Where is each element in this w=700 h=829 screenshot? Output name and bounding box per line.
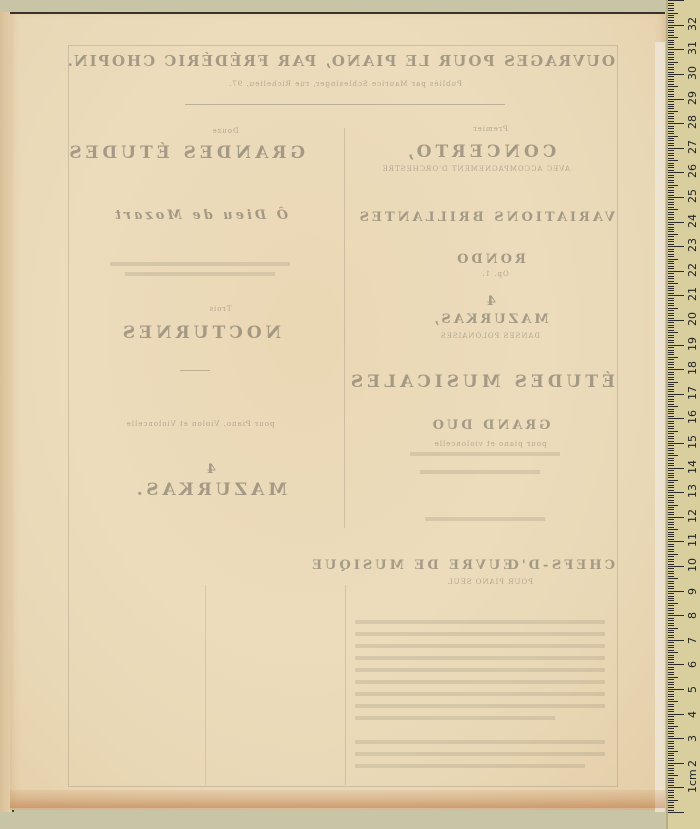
- ruler-tick: [668, 453, 674, 454]
- ruler-tick: [668, 212, 674, 213]
- ruler-tick: [668, 487, 674, 488]
- ruler-tick: [668, 475, 674, 476]
- ruler-tick: [668, 202, 674, 203]
- ruler-tick: [668, 17, 674, 18]
- ruler-tick: [668, 559, 674, 560]
- ruler-tick: [668, 207, 674, 208]
- ruler-tick: [668, 91, 674, 92]
- ruler-label: 13: [686, 484, 699, 498]
- ruler-tick: [668, 332, 678, 333]
- bottom-stain: [10, 790, 665, 808]
- ruler-tick: [668, 391, 674, 392]
- ruler-tick: [668, 0, 684, 1]
- ruler-tick: [668, 234, 678, 235]
- ruler-tick: [668, 290, 674, 291]
- ruler-tick: [668, 509, 674, 510]
- ruler-tick: [668, 413, 674, 414]
- ruler-tick: [668, 15, 674, 16]
- ruler-tick: [668, 293, 674, 294]
- ruler-tick: [668, 49, 684, 50]
- ruler-tick: [668, 52, 674, 53]
- ruler-tick: [668, 527, 674, 528]
- ruler-tick: [668, 736, 674, 737]
- ruler-tick: [668, 347, 674, 348]
- ruler-tick: [668, 118, 674, 119]
- ruler-tick: [668, 758, 674, 759]
- ruler-tick: [668, 396, 674, 397]
- ruler-tick: [668, 330, 674, 331]
- ruler-tick: [668, 298, 674, 299]
- ruler-tick: [668, 810, 674, 811]
- ruler-tick: [668, 694, 674, 695]
- ruler-label: 21: [686, 287, 699, 301]
- ruler-tick: [668, 327, 674, 328]
- ruler-tick: [668, 345, 684, 346]
- ruler-tick: [668, 175, 674, 176]
- ruler-tick: [668, 131, 674, 132]
- ruler-tick: [668, 576, 674, 577]
- ruler-tick: [668, 318, 674, 319]
- ruler-tick: [668, 460, 674, 461]
- ruler-tick: [668, 657, 674, 658]
- ruler-tick: [668, 177, 674, 178]
- ruler-tick: [668, 104, 674, 105]
- ruler-tick: [668, 374, 674, 375]
- ruler-tick: [668, 22, 674, 23]
- ruler-tick: [668, 755, 674, 756]
- ruler-tick: [668, 669, 674, 670]
- ruler-tick: [668, 556, 674, 557]
- ruler-tick: [668, 251, 674, 252]
- ruler-tick: [668, 5, 674, 6]
- ruler-tick: [668, 108, 674, 109]
- ruler-tick: [668, 805, 674, 806]
- ruler-tick: [668, 89, 674, 90]
- right-mazurkas-sub: DANSES POLONAISES: [420, 332, 560, 340]
- ruler-tick: [668, 586, 674, 587]
- ruler-tick: [668, 170, 674, 171]
- ruler-tick: [668, 716, 674, 717]
- ruler-tick: [668, 411, 674, 412]
- ruler-tick: [668, 790, 674, 791]
- ruler-tick: [668, 123, 684, 124]
- ruler-tick: [668, 76, 674, 77]
- ruler-tick: [668, 143, 674, 144]
- ruler-tick: [668, 254, 674, 255]
- text-line: [355, 716, 555, 720]
- ruler-tick: [668, 389, 674, 390]
- ruler-tick: [668, 278, 674, 279]
- ruler-tick: [668, 121, 674, 122]
- ruler-tick: [668, 490, 674, 491]
- ruler-tick: [668, 357, 678, 358]
- ruler-tick: [668, 455, 678, 456]
- text-line: [355, 752, 605, 756]
- text-line: [355, 632, 605, 636]
- ruler-tick: [668, 554, 678, 555]
- ruler-tick: [668, 571, 674, 572]
- ruler-label: 12: [686, 509, 699, 523]
- ruler-tick: [668, 116, 674, 117]
- ruler-tick: [668, 628, 678, 629]
- ruler-label: 20: [686, 312, 699, 326]
- ruler-tick: [668, 372, 674, 373]
- text-line: [355, 692, 605, 696]
- ruler-tick: [668, 185, 678, 186]
- ruler-tick: [668, 322, 674, 323]
- text-line: [125, 272, 275, 276]
- ruler-tick: [668, 529, 678, 530]
- ruler-tick: [668, 106, 674, 107]
- ruler-tick: [668, 441, 674, 442]
- ruler-tick: [668, 741, 674, 742]
- ruler-tick: [668, 352, 674, 353]
- ruler-tick: [668, 684, 674, 685]
- ruler-label: 28: [686, 115, 699, 129]
- ruler-tick: [668, 485, 674, 486]
- ruler-tick: [668, 655, 674, 656]
- ruler-tick: [668, 751, 678, 752]
- ruler-tick: [668, 47, 674, 48]
- ruler-tick: [668, 273, 674, 274]
- ruler-tick: [668, 217, 674, 218]
- ruler-tick: [668, 340, 674, 341]
- right-rondo: RONDO: [450, 252, 530, 267]
- ruler-tick: [668, 182, 674, 183]
- ruler-tick: [668, 524, 674, 525]
- ruler-label: 14: [686, 460, 699, 474]
- ruler-tick: [668, 96, 674, 97]
- ruler-tick: [668, 544, 674, 545]
- ruler-tick: [668, 573, 674, 574]
- ruler-tick: [668, 797, 674, 798]
- ruler-tick: [668, 54, 674, 55]
- right-concerto: CONCERTO,: [380, 142, 580, 162]
- ruler-tick: [668, 812, 684, 813]
- ruler-tick: [668, 288, 674, 289]
- ruler-tick: [668, 153, 674, 154]
- ruler-tick: [668, 468, 684, 469]
- ruler-tick: [668, 187, 674, 188]
- left-nocturnes: NOCTURNES: [100, 323, 300, 343]
- ruler-tick: [668, 219, 674, 220]
- ruler-tick: [668, 44, 674, 45]
- ruler-tick: [668, 731, 674, 732]
- ruler-tick: [668, 244, 674, 245]
- text-line: [355, 644, 605, 648]
- ruler-label: 8: [686, 612, 699, 619]
- header-rule: [185, 104, 505, 105]
- ruler-tick: [668, 780, 674, 781]
- ruler-tick: [668, 546, 674, 547]
- right-rondo-op: Op. 1.: [420, 270, 570, 278]
- text-line: [355, 704, 605, 708]
- ruler-tick: [668, 768, 674, 769]
- ruler-tick: [668, 534, 674, 535]
- left-line: pour Piano, Violon et Violoncelle: [120, 420, 280, 428]
- ruler-tick: [668, 709, 674, 710]
- ruler-tick: [668, 438, 674, 439]
- ruler-tick: [668, 310, 674, 311]
- ruler-tick: [668, 443, 684, 444]
- ruler-label: 25: [686, 189, 699, 203]
- ruler-tick: [668, 35, 674, 36]
- ruler-tick: [668, 72, 674, 73]
- ruler-tick: [668, 266, 674, 267]
- ruler-tick: [668, 190, 674, 191]
- ruler-label: 7: [686, 637, 699, 644]
- ruler-tick: [668, 281, 674, 282]
- ruler-tick: [668, 192, 674, 193]
- ruler-tick: [668, 300, 674, 301]
- right-number: 4: [470, 294, 510, 309]
- ruler-tick: [668, 431, 678, 432]
- ruler-tick: [668, 163, 674, 164]
- ruler-tick: [668, 37, 678, 38]
- ruler-tick: [668, 551, 674, 552]
- ruler-tick: [668, 593, 674, 594]
- ruler-label: 17: [686, 386, 699, 400]
- ruler-tick: [668, 620, 674, 621]
- ruler-tick: [668, 696, 674, 697]
- ruler-tick: [668, 227, 674, 228]
- ruler-tick: [668, 99, 684, 100]
- ruler-tick: [668, 421, 674, 422]
- ruler-label: 4: [686, 711, 699, 718]
- ruler-tick: [668, 450, 674, 451]
- ruler-tick: [668, 448, 674, 449]
- ruler-tick: [668, 305, 674, 306]
- right-bottom-sub: POUR PIANO SEUL: [420, 578, 560, 586]
- ruler-tick: [668, 652, 678, 653]
- ruler-tick: [668, 608, 674, 609]
- ruler-tick: [668, 148, 684, 149]
- left-italic-title: Ô Dieu de Mozart: [105, 208, 295, 223]
- ruler-tick: [668, 320, 684, 321]
- ruler-tick: [668, 180, 674, 181]
- ruler-label: 31: [686, 41, 699, 55]
- ruler-tick: [668, 645, 674, 646]
- ruler-tick: [668, 74, 684, 75]
- ruler-tick: [668, 532, 674, 533]
- ruler-tick: [668, 588, 674, 589]
- ruler-tick: [668, 57, 674, 58]
- text-line: [355, 764, 585, 768]
- ruler-tick: [668, 382, 678, 383]
- ruler-tick: [668, 778, 674, 779]
- ruler-tick: [668, 800, 678, 801]
- ruler-tick: [668, 231, 674, 232]
- ruler-tick: [668, 492, 684, 493]
- ruler-tick: [668, 667, 674, 668]
- ruler-tick: [668, 775, 678, 776]
- text-line: [110, 262, 290, 266]
- ruler-tick: [668, 59, 674, 60]
- right-concerto-sub: AVEC ACCOMPAGNEMENT D'ORCHESTRE: [400, 165, 570, 173]
- ruler-tick: [668, 418, 684, 419]
- ruler-tick: [668, 470, 674, 471]
- ruler-tick: [668, 539, 674, 540]
- column-divider-lower: [345, 585, 346, 785]
- ruler-tick: [668, 625, 674, 626]
- ruler-tick: [668, 86, 678, 87]
- left-mazurkas: MAZURKAS.: [120, 480, 300, 500]
- ruler-tick: [668, 630, 674, 631]
- ruler-label: 19: [686, 337, 699, 351]
- text-line: [355, 680, 605, 684]
- ruler-tick: [668, 802, 674, 803]
- ruler-tick: [668, 145, 674, 146]
- ruler-label: 15: [686, 435, 699, 449]
- ruler-tick: [668, 241, 674, 242]
- ruler-label: 22: [686, 263, 699, 277]
- ruler-tick: [668, 691, 674, 692]
- right-variations: VARIATIONS BRILLANTES: [365, 210, 615, 225]
- ruler-tick: [668, 701, 678, 702]
- ruler-tick: [668, 67, 674, 68]
- ruler-tick: [668, 445, 674, 446]
- ruler-tick: [668, 480, 678, 481]
- ruler-tick: [668, 719, 674, 720]
- ruler-tick: [668, 295, 684, 296]
- ruler-tick: [668, 436, 674, 437]
- ruler-tick: [668, 433, 674, 434]
- ruler-tick: [668, 263, 674, 264]
- text-line: [355, 740, 605, 744]
- ruler-tick: [668, 605, 674, 606]
- ruler-tick: [668, 404, 674, 405]
- ruler-tick: [668, 463, 674, 464]
- ruler-tick: [668, 664, 684, 665]
- ruler-tick: [668, 224, 674, 225]
- ruler-tick: [668, 354, 674, 355]
- ruler-tick: [668, 409, 674, 410]
- ruler-label: 10: [686, 558, 699, 572]
- text-line: [355, 620, 605, 624]
- ruler-tick: [668, 350, 674, 351]
- ruler-label: 32: [686, 17, 699, 31]
- ruler-tick: [668, 204, 674, 205]
- ruler-tick: [668, 477, 674, 478]
- ruler-tick: [668, 342, 674, 343]
- ruler-tick: [668, 704, 674, 705]
- ruler-tick: [668, 27, 674, 28]
- ruler-tick: [668, 268, 674, 269]
- ruler-tick: [668, 770, 674, 771]
- ruler-tick: [668, 10, 674, 11]
- ruler-tick: [668, 763, 684, 764]
- ruler-tick: [668, 315, 674, 316]
- ruler-label: 3: [686, 735, 699, 742]
- ruler-tick: [668, 505, 678, 506]
- ruler-tick: [668, 782, 674, 783]
- ruler-tick: [668, 677, 678, 678]
- ruler-label: 2: [686, 760, 699, 767]
- ruler-tick: [668, 519, 674, 520]
- ruler-tick: [668, 640, 684, 641]
- ruler-tick: [668, 699, 674, 700]
- ruler-tick: [668, 517, 684, 518]
- ruler-tick: [668, 598, 674, 599]
- ruler-tick: [668, 401, 674, 402]
- right-grand-duo: GRAND DUO: [420, 418, 560, 433]
- ruler-tick: [668, 167, 674, 168]
- ruler-tick: [668, 195, 674, 196]
- ruler-tick: [668, 111, 678, 112]
- ruler-tick: [668, 209, 678, 210]
- ruler-label: 9: [686, 588, 699, 595]
- right-bottom-title: CHEFS-D'ŒUVRE DE MUSIQUE: [365, 558, 615, 573]
- ruler-tick: [668, 807, 674, 808]
- ruler-tick: [668, 386, 674, 387]
- left-nocturnes-intro: Trois: [190, 305, 250, 313]
- ruler-tick: [668, 303, 674, 304]
- ruler-tick: [668, 615, 684, 616]
- ruler-tick: [668, 600, 674, 601]
- ruler-tick: [668, 635, 674, 636]
- column-divider-lower-left: [205, 585, 206, 785]
- ruler-tick: [668, 64, 674, 65]
- ruler-tick: [668, 128, 674, 129]
- left-number: 4: [190, 462, 230, 477]
- ruler-tick: [668, 236, 674, 237]
- measuring-ruler: 1cm2345678910111213141516171819202122232…: [666, 0, 700, 829]
- ruler-tick: [668, 674, 674, 675]
- ruler-tick: [668, 473, 674, 474]
- ruler-tick: [668, 721, 674, 722]
- ruler-tick: [668, 765, 674, 766]
- ruler-tick: [668, 416, 674, 417]
- ruler-tick: [668, 136, 678, 137]
- left-grandes-etudes: GRANDES ÉTUDES: [95, 143, 305, 163]
- ruler-tick: [668, 536, 674, 537]
- ruler-label: 26: [686, 164, 699, 178]
- ruler-tick: [668, 728, 674, 729]
- ruler-tick: [668, 133, 674, 134]
- ruler-tick: [668, 101, 674, 102]
- ruler-tick: [668, 377, 674, 378]
- ruler-tick: [668, 126, 674, 127]
- text-line: [355, 656, 605, 660]
- text-line: [425, 517, 545, 521]
- ruler-tick: [668, 613, 674, 614]
- left-intro: Douze: [195, 127, 255, 135]
- ruler-tick: [668, 8, 674, 9]
- ruler-tick: [668, 642, 674, 643]
- ruler-tick: [668, 84, 674, 85]
- ruler-tick: [668, 271, 684, 272]
- ruler-tick: [668, 113, 674, 114]
- ruler-tick: [668, 214, 674, 215]
- ruler-label: 29: [686, 91, 699, 105]
- ruler-tick: [668, 723, 674, 724]
- ruler-tick: [668, 564, 674, 565]
- ruler-label: 6: [686, 661, 699, 668]
- ruler-tick: [668, 689, 684, 690]
- ruler-tick: [668, 313, 674, 314]
- ruler-tick: [668, 32, 674, 33]
- ruler-tick: [668, 20, 674, 21]
- ruler-tick: [668, 507, 674, 508]
- ruler-tick: [668, 632, 674, 633]
- ruler-tick: [668, 785, 674, 786]
- ruler-tick: [668, 155, 674, 156]
- page-fold: [655, 42, 665, 812]
- right-etudes: ÉTUDES MUSICALES: [365, 372, 615, 392]
- ruler-tick: [668, 497, 674, 498]
- ruler-tick: [668, 140, 674, 141]
- ruler-tick: [668, 687, 674, 688]
